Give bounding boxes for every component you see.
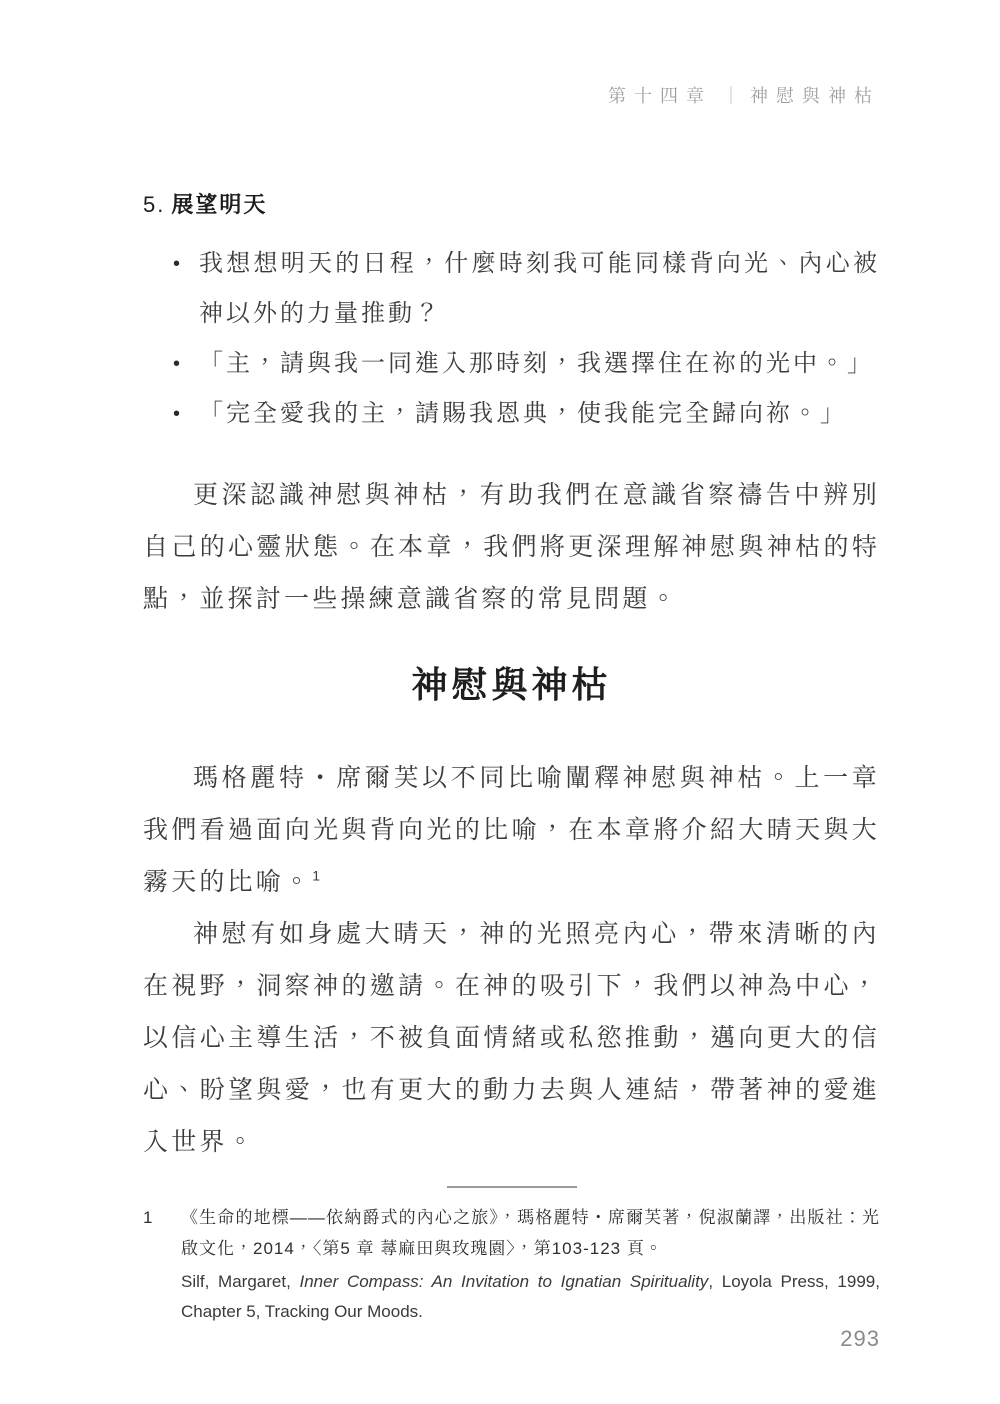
footnote: 1 《生命的地標——依納爵式的內心之旅》，瑪格麗特・席爾芙著，倪淑蘭譯，出版社：… (143, 1202, 880, 1327)
paragraph-metaphor: 瑪格麗特・席爾芙以不同比喻闡釋神慰與神枯。上一章我們看過面向光與背向光的比喻，在… (143, 752, 880, 908)
running-header: 第十四章｜神慰與神枯 (143, 86, 880, 108)
bullet-text: 「主，請與我一同進入那時刻，我選擇住在祢的光中。」 (199, 339, 880, 389)
header-divider: ｜ (722, 86, 740, 106)
list-item: • 我想想明天的日程，什麼時刻我可能同樣背向光、內心被神以外的力量推動？ (173, 239, 880, 339)
footnote-chinese-citation: 《生命的地標——依納爵式的內心之旅》，瑪格麗特・席爾芙著，倪淑蘭譯，出版社：光啟… (181, 1202, 880, 1264)
list-item: • 「完全愛我的主，請賜我恩典，使我能完全歸向祢。」 (173, 389, 880, 439)
header-chapter-label: 第十四章 (608, 86, 712, 106)
footnote-separator (447, 1186, 577, 1188)
footnote-body: 《生命的地標——依納爵式的內心之旅》，瑪格麗特・席爾芙著，倪淑蘭譯，出版社：光啟… (181, 1202, 880, 1327)
paragraph-consolation: 神慰有如身處大晴天，神的光照亮內心，帶來清晰的內在視野，洞察神的邀請。在神的吸引… (143, 908, 880, 1168)
bullet-list: • 我想想明天的日程，什麼時刻我可能同樣背向光、內心被神以外的力量推動？ • 「… (143, 239, 880, 439)
list-item: • 「主，請與我一同進入那時刻，我選擇住在祢的光中。」 (173, 339, 880, 389)
section-number: 5. (143, 192, 165, 217)
bullet-icon: • (173, 239, 199, 289)
section-title-text: 展望明天 (171, 192, 267, 217)
page-number: 293 (840, 1326, 880, 1352)
footnote-en-book-title: Inner Compass: An Invitation to Ignatian… (300, 1272, 709, 1291)
paragraph-intro: 更深認識神慰與神枯，有助我們在意識省察禱告中辨別自己的心靈狀態。在本章，我們將更… (143, 469, 880, 625)
section-heading: 5.展望明天 (143, 188, 880, 219)
footnote-en-author: Silf, Margaret, (181, 1272, 300, 1291)
footnote-number: 1 (143, 1202, 181, 1327)
chapter-section-title: 神慰與神枯 (143, 657, 880, 708)
paragraph-metaphor-text: 瑪格麗特・席爾芙以不同比喻闡釋神慰與神枯。上一章我們看過面向光與背向光的比喻，在… (143, 764, 880, 896)
bullet-icon: • (173, 339, 199, 389)
header-chapter-title: 神慰與神枯 (750, 86, 880, 106)
footnote-ref: 1 (312, 867, 320, 883)
footnote-english-citation: Silf, Margaret, Inner Compass: An Invita… (181, 1267, 880, 1327)
bullet-text: 「完全愛我的主，請賜我恩典，使我能完全歸向祢。」 (199, 389, 880, 439)
bullet-icon: • (173, 389, 199, 439)
book-page: 第十四章｜神慰與神枯 5.展望明天 • 我想想明天的日程，什麼時刻我可能同樣背向… (0, 0, 1000, 1404)
bullet-text: 我想想明天的日程，什麼時刻我可能同樣背向光、內心被神以外的力量推動？ (199, 239, 880, 339)
